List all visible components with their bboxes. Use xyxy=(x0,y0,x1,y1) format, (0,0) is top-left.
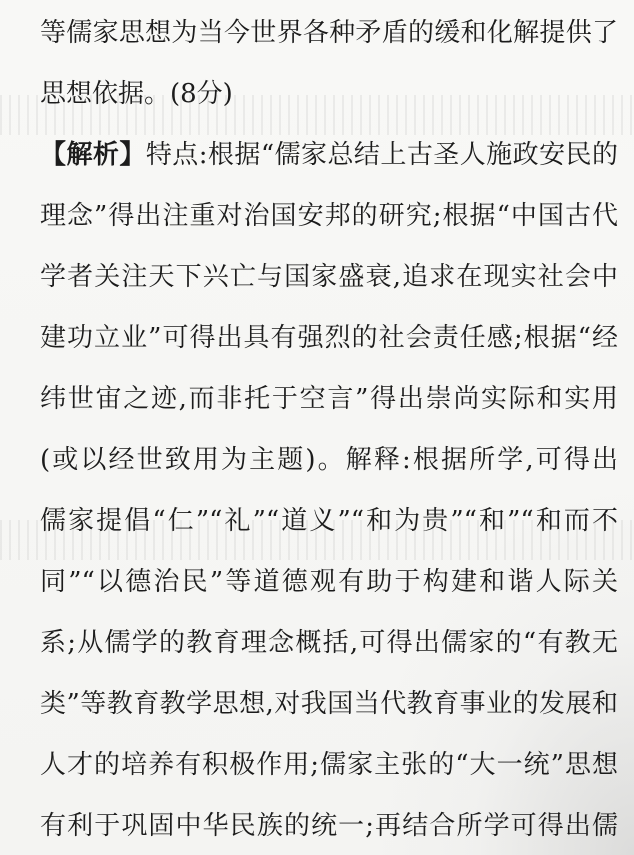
scanned-page: 等儒家思想为当今世界各种矛盾的缓和化解提供了 思想依据。(8分) 【解析】特点:… xyxy=(0,0,634,855)
text-line: 纬世宙之迹,而非托于空言”得出崇尚实际和实用 xyxy=(40,382,618,416)
text-line: 建功立业”可得出具有强烈的社会责任感;根据“经 xyxy=(40,321,618,355)
text-line: (或以经世致用为主题)。解释:根据所学,可得出 xyxy=(40,443,618,477)
analysis-line: 【解析】特点:根据“儒家总结上古圣人施政安民的 xyxy=(40,138,618,172)
text-line: 有利于巩固中华民族的统一;再结合所学可得出儒 xyxy=(40,809,618,843)
text-line: 思想依据。(8分) xyxy=(40,77,233,111)
text-line: 同”“以德治民”等道德观有助于构建和谐人际关 xyxy=(40,565,618,599)
text-line: 理念”得出注重对治国安邦的研究;根据“中国古代 xyxy=(40,199,618,233)
text-line: 特点:根据“儒家总结上古圣人施政安民的 xyxy=(146,140,618,170)
text-line: 类”等教育教学思想,对我国当代教育事业的发展和 xyxy=(40,687,618,721)
text-line: 人才的培养有积极作用;儒家主张的“大一统”思想 xyxy=(40,748,618,782)
text-line: 系;从儒学的教育理念概括,可得出儒家的“有教无 xyxy=(40,626,618,660)
analysis-label: 【解析】 xyxy=(40,140,146,170)
text-line: 等儒家思想为当今世界各种矛盾的缓和化解提供了 xyxy=(40,16,618,50)
text-line: 学者关注天下兴亡与国家盛衰,追求在现实社会中 xyxy=(40,260,618,294)
text-line: 儒家提倡“仁”“礼”“道义”“和为贵”“和”“和而不 xyxy=(40,504,618,538)
